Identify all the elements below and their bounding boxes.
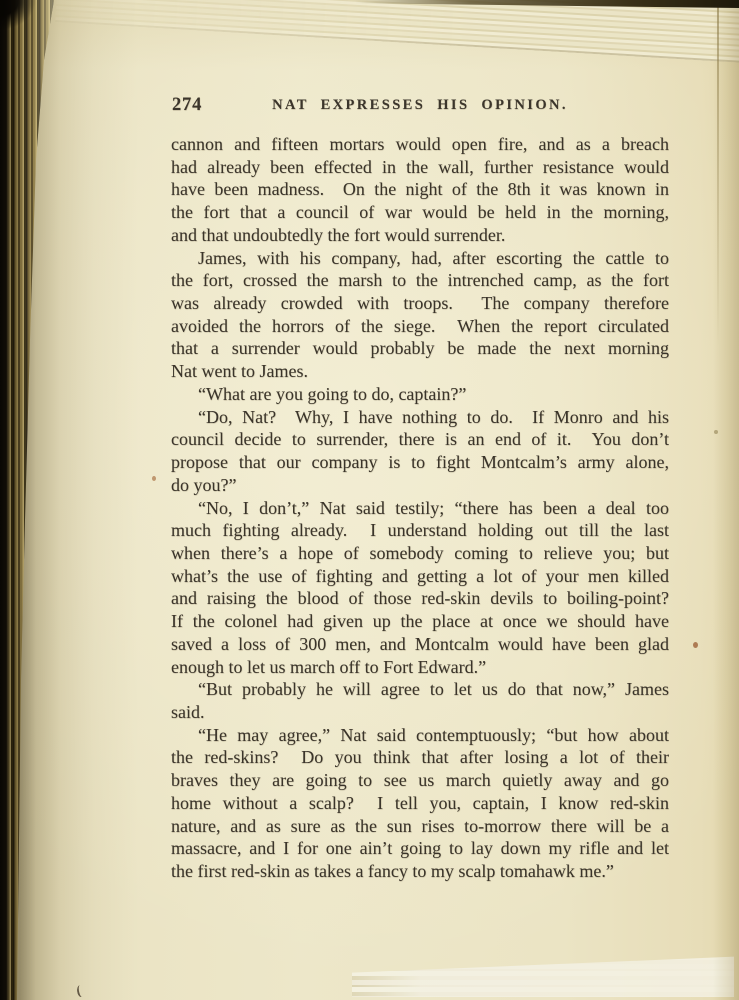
paragraph: James, with his company, had, after esco… (171, 247, 669, 383)
text-line: “No, I don’t,” Nat said testily; “there … (171, 497, 669, 520)
text-line: “He may agree,” Nat said contemptuously;… (171, 724, 669, 747)
text-line: and that undoubtedly the fort would surr… (171, 224, 669, 247)
text-line: James, with his company, had, after esco… (171, 247, 669, 270)
text-line: when there’s a hope of somebody coming t… (171, 542, 669, 565)
text-line: that a surrender would probably be made … (171, 337, 669, 360)
page-text: cannon and fifteen mortars would open fi… (171, 133, 669, 883)
right-page-crease (717, 6, 719, 346)
text-line: the fort that a council of war would be … (171, 201, 669, 224)
text-line: was already crowded with troops. The com… (171, 292, 669, 315)
paper-speck (714, 430, 718, 434)
text-line: avoided the horrors of the siege. When t… (171, 315, 669, 338)
text-line: massacre, and I for one ain’t going to l… (171, 837, 669, 860)
text-line: and raising the blood of those red-skin … (171, 587, 669, 610)
text-line: much fighting already. I understand hold… (171, 519, 669, 542)
text-line: the first red-skin as takes a fancy to m… (171, 860, 669, 883)
page-header: 274 NAT EXPRESSES HIS OPINION. (171, 97, 669, 118)
paragraph: “What are you going to do, captain?” (171, 383, 669, 406)
text-line: council decide to surrender, there is an… (171, 428, 669, 451)
paper-speck (152, 476, 156, 481)
paragraph: “He may agree,” Nat said contemptuously;… (171, 724, 669, 883)
text-line: enough to let us march off to Fort Edwar… (171, 656, 669, 679)
text-line: home without a scalp? I tell you, captai… (171, 792, 669, 815)
paragraph: “Do, Nat? Why, I have nothing to do. If … (171, 406, 669, 497)
text-line: nature, and as sure as the sun rises to-… (171, 815, 669, 838)
text-line: the fort, crossed the marsh to the intre… (171, 269, 669, 292)
text-line: what’s the use of fighting and getting a… (171, 565, 669, 588)
page-content: 274 NAT EXPRESSES HIS OPINION. cannon an… (171, 97, 669, 883)
text-line: said. (171, 701, 669, 724)
text-line: braves they are going to see us march qu… (171, 769, 669, 792)
text-line: propose that our company is to fight Mon… (171, 451, 669, 474)
paragraph: “But probably he will agree to let us do… (171, 678, 669, 723)
text-line: “Do, Nat? Why, I have nothing to do. If … (171, 406, 669, 429)
paragraph: “No, I don’t,” Nat said testily; “there … (171, 497, 669, 679)
text-line: If the colonel had given up the place at… (171, 610, 669, 633)
text-line: saved a loss of 300 men, and Montcalm wo… (171, 633, 669, 656)
paper-speck (693, 642, 698, 648)
text-line: do you?” (171, 474, 669, 497)
text-line: “What are you going to do, captain?” (171, 383, 669, 406)
text-line: have been madness. On the night of the 8… (171, 178, 669, 201)
text-line: cannon and fifteen mortars would open fi… (171, 133, 669, 156)
text-line: had already been effected in the wall, f… (171, 156, 669, 179)
text-line: the red-skins? Do you think that after l… (171, 746, 669, 769)
page-number: 274 (172, 95, 202, 116)
text-line: “But probably he will agree to let us do… (171, 678, 669, 701)
text-line: Nat went to James. (171, 360, 669, 383)
paragraph: cannon and fifteen mortars would open fi… (171, 133, 669, 247)
running-header: NAT EXPRESSES HIS OPINION. (171, 97, 669, 114)
